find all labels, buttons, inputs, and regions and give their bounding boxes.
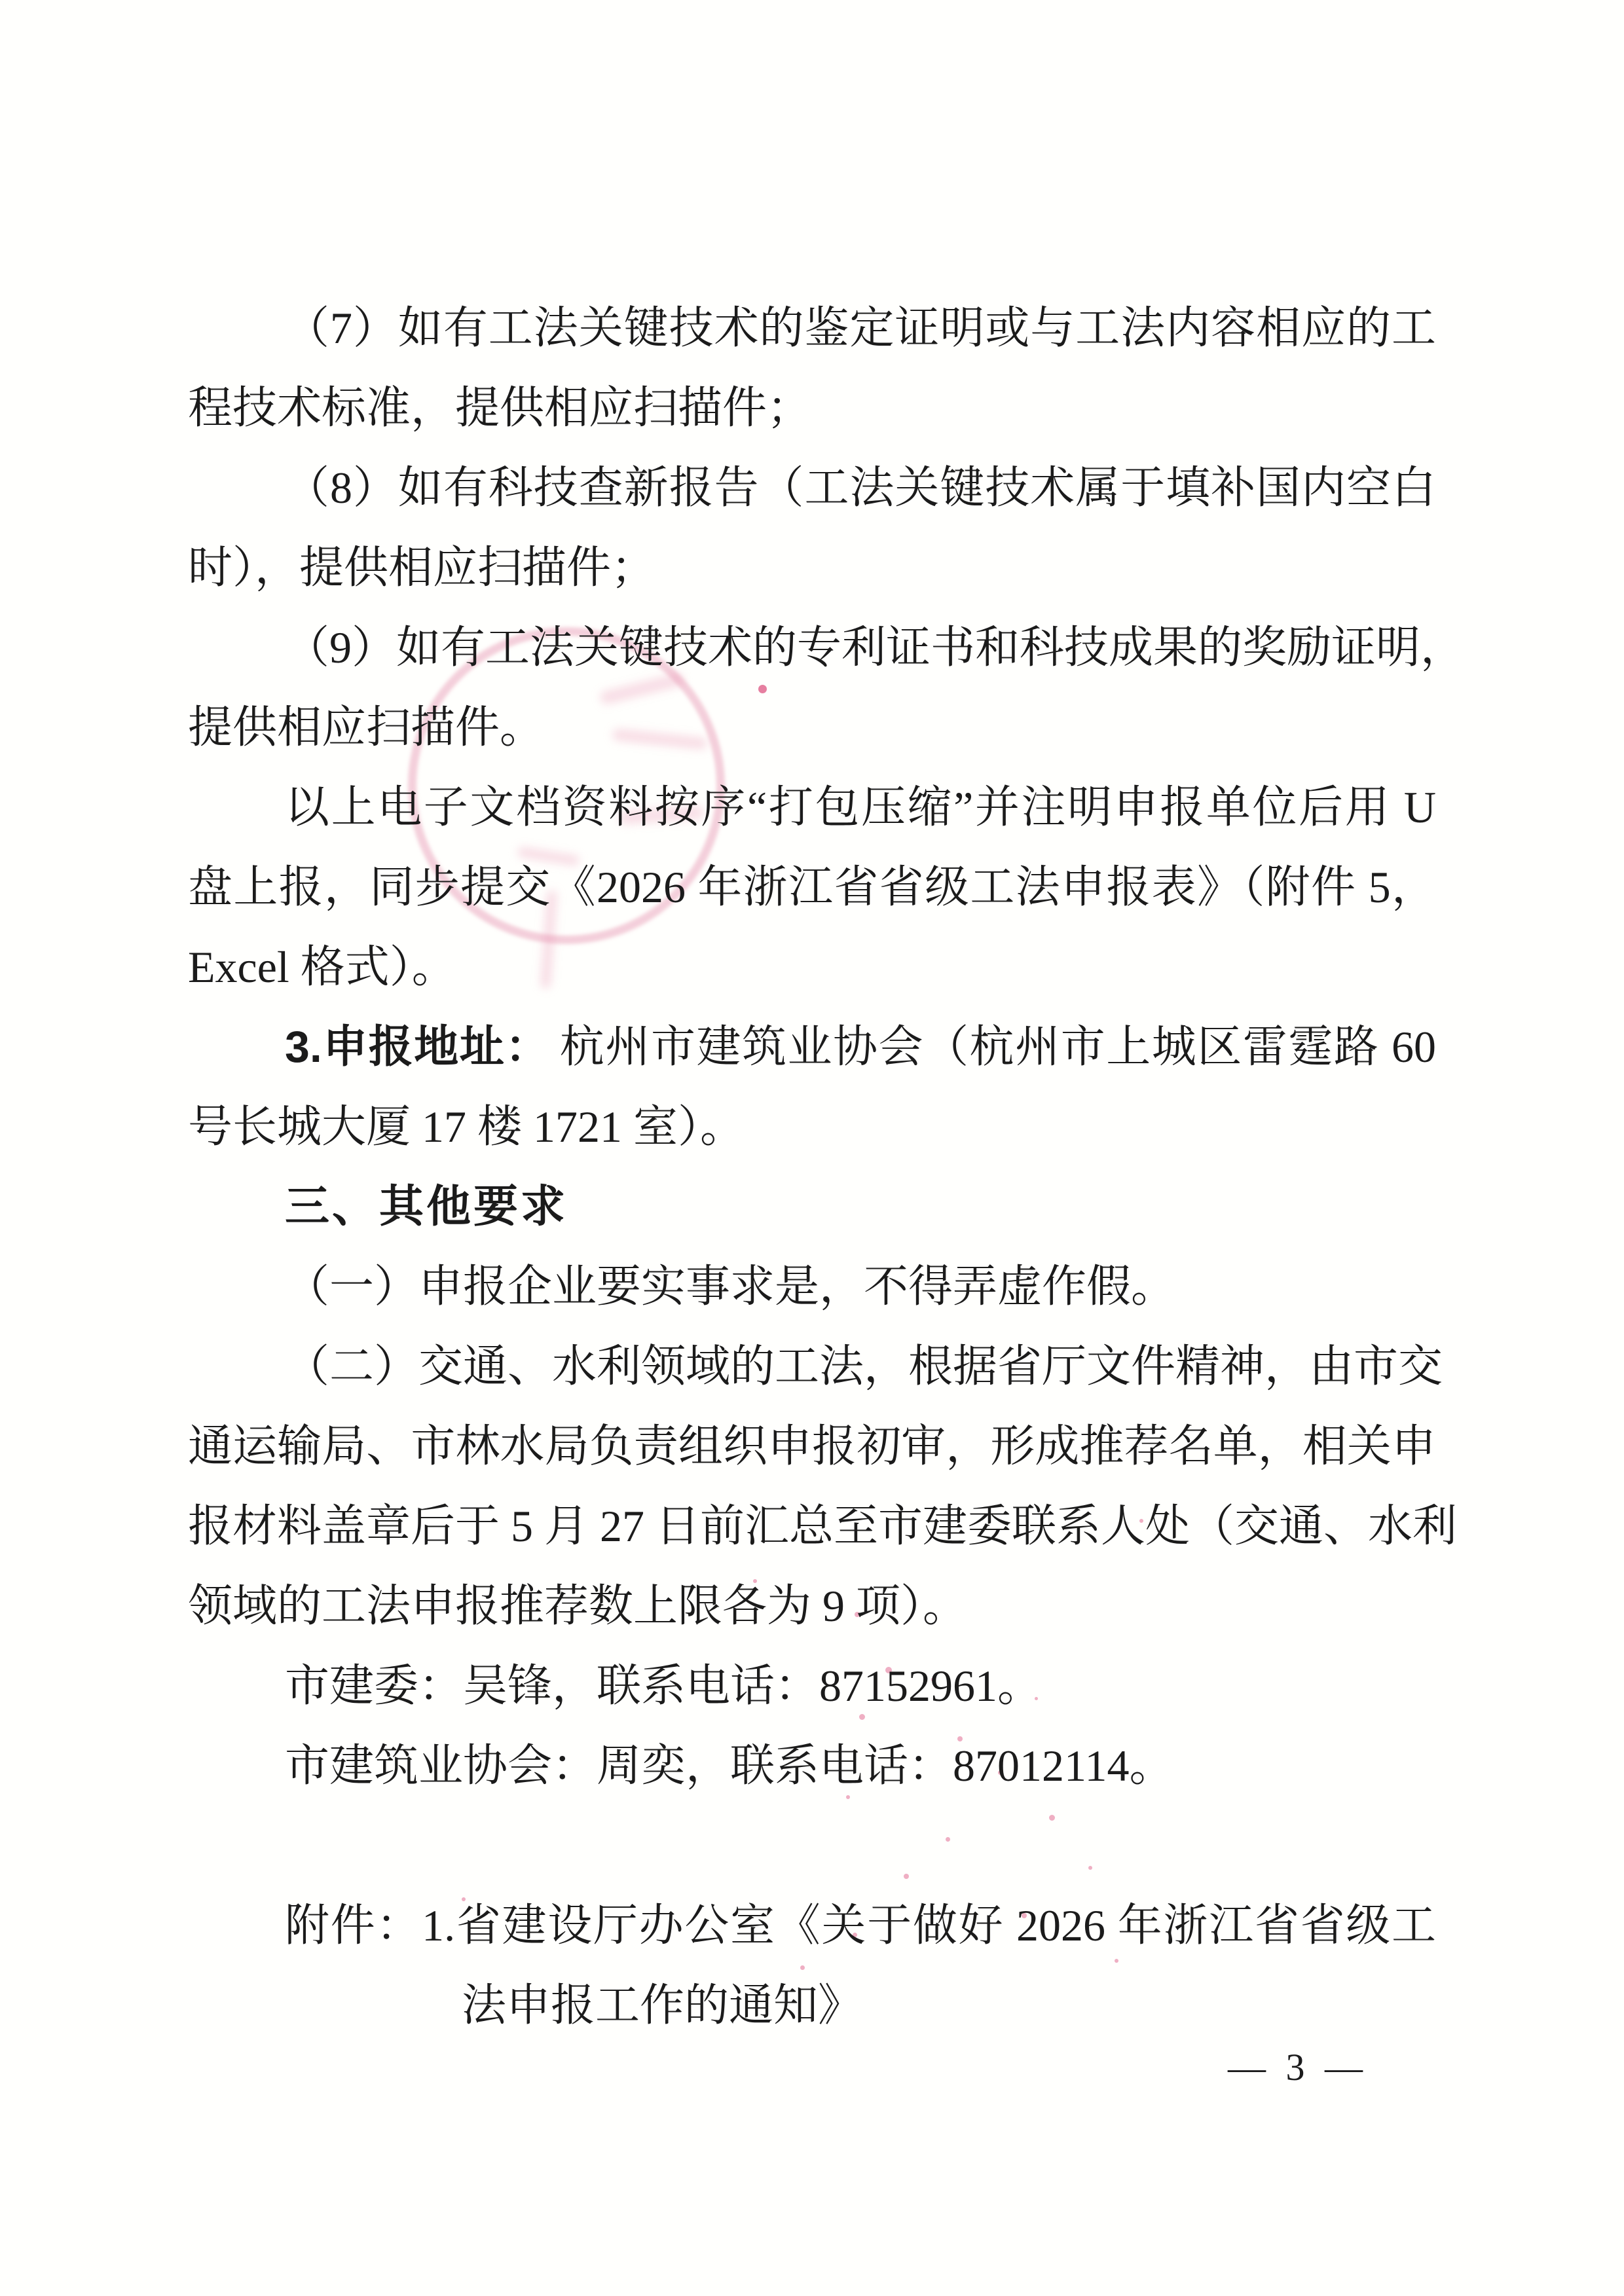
paragraph-line: 通运输局、市林水局负责组织申报初审，形成推荐名单，相关申 xyxy=(188,1406,1436,1486)
attachment-line: 附件：1.省建设厅办公室《关于做好 2026 年浙江省省级工 xyxy=(188,1886,1436,1965)
contact-line-xiehui: 市建筑业协会：周奕，联系电话：87012114。 xyxy=(188,1726,1436,1806)
paragraph-line: Excel 格式）。 xyxy=(188,927,1436,1007)
paragraph-line: （一）申报企业要实事求是，不得弄虚作假。 xyxy=(188,1247,1436,1326)
address-text: 杭州市建筑业协会（杭州市上城区雷霆路 60 xyxy=(560,1022,1436,1072)
paragraph-line: 时），提供相应扫描件； xyxy=(188,528,1436,608)
address-line: 3.申报地址：杭州市建筑业协会（杭州市上城区雷霆路 60 xyxy=(188,1007,1436,1087)
paragraph-line: （7）如有工法关键技术的鉴定证明或与工法内容相应的工 xyxy=(188,288,1436,368)
paragraph-line: 以上电子文档资料按序“打包压缩”并注明申报单位后用 U xyxy=(188,767,1436,847)
paragraph-line: 领域的工法申报推荐数上限各为 9 项）。 xyxy=(188,1566,1436,1646)
address-label: 3.申报地址： xyxy=(285,1022,560,1072)
paragraph-line: （9）如有工法关键技术的专利证书和科技成果的奖励证明， xyxy=(188,608,1436,687)
page-number: — 3 — xyxy=(1219,2041,1376,2094)
paragraph-line: （8）如有科技查新报告（工法关键技术属于填补国内空白 xyxy=(188,448,1436,528)
address-line-2: 号长城大厦 17 楼 1721 室）。 xyxy=(188,1087,1436,1167)
attachment-line-2: 法申报工作的通知》 xyxy=(188,1965,1436,2045)
blank-line xyxy=(188,1806,1436,1886)
paragraph-line: （二）交通、水利领域的工法，根据省厅文件精神，由市交 xyxy=(188,1326,1436,1406)
section-heading: 三、其他要求 xyxy=(188,1167,1436,1247)
contact-line-jianwei: 市建委：吴锋，联系电话：87152961。 xyxy=(188,1646,1436,1726)
paragraph-line: 提供相应扫描件。 xyxy=(188,687,1436,767)
paragraph-line: 盘上报，同步提交《2026 年浙江省省级工法申报表》（附件 5， xyxy=(188,847,1436,927)
document-body: （7）如有工法关键技术的鉴定证明或与工法内容相应的工 程技术标准，提供相应扫描件… xyxy=(188,288,1436,2045)
paragraph-line: 程技术标准，提供相应扫描件； xyxy=(188,368,1436,448)
document-page: （7）如有工法关键技术的鉴定证明或与工法内容相应的工 程技术标准，提供相应扫描件… xyxy=(0,0,1624,2296)
paragraph-line: 报材料盖章后于 5 月 27 日前汇总至市建委联系人处（交通、水利 xyxy=(188,1486,1436,1566)
